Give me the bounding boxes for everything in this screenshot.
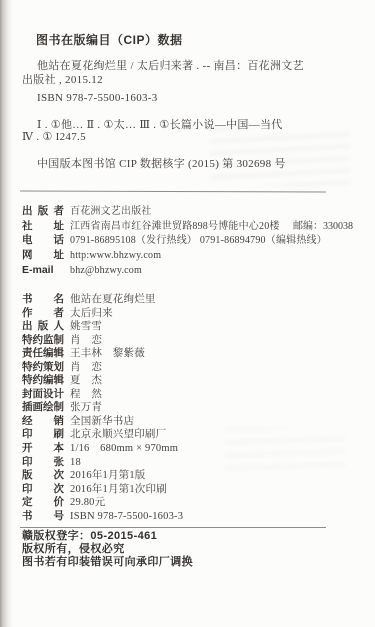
- book-info-row: 责任编辑 王丰林 黎紫薇: [22, 347, 367, 361]
- row-value: 姚雪雪: [70, 320, 102, 334]
- row-label: 特约监制: [22, 334, 64, 348]
- copyright-footer: 赣版权登字：05-2015-461 版权所有，侵权必究 图书若有印装错误可向承印…: [22, 530, 193, 568]
- row-label: 特约编辑: [22, 374, 64, 388]
- row-value: 1/16 680mm × 970mm: [70, 442, 178, 456]
- misprint-exchange-line: 图书若有印装错误可向承印厂调换: [22, 556, 193, 569]
- book-info-block: 书名 他站在夏花绚烂里 作者 太后归来 出版人 姚雪雪 特约监制 肖 恋 责任编…: [22, 293, 367, 523]
- divider: [20, 190, 326, 192]
- publisher-row: 网址 http:www.bhzwy.com: [22, 248, 367, 263]
- row-value: 肖 恋: [70, 334, 102, 348]
- publisher-row: 出版者 百花洲文艺出版社: [22, 204, 367, 219]
- book-info-row: 作者 太后归来: [22, 307, 367, 321]
- book-info-row: 书号 ISBN 978-7-5500-1603-3: [22, 510, 367, 524]
- row-value: 18: [70, 456, 81, 470]
- book-info-row: 印刷 北京永顺兴望印刷厂: [22, 428, 367, 442]
- book-info-row: 特约策划 肖 恋: [22, 361, 367, 375]
- publisher-row: E-mail bhz@bhzwy.com: [22, 263, 367, 278]
- row-value: 江西省南昌市红谷滩世贸路898号博能中心20楼: [70, 220, 280, 235]
- publisher-row: 电话 0791-86895108（发行热线） 0791-86894790（编辑热…: [22, 233, 367, 248]
- book-info-row: 开本 1/16 680mm × 970mm: [22, 442, 367, 456]
- book-info-row: 出版人 姚雪雪: [22, 320, 367, 334]
- book-info-row: 定价 29.80元: [22, 496, 367, 510]
- book-info-row: 特约编辑 夏 杰: [22, 374, 367, 388]
- row-value: 北京永顺兴望印刷厂: [70, 428, 166, 442]
- row-label: 作者: [22, 307, 64, 321]
- row-value: 太后归来: [70, 307, 113, 321]
- row-value: ISBN 978-7-5500-1603-3: [70, 510, 183, 524]
- book-info-row: 印次 2016年1月第1次印刷: [22, 483, 367, 497]
- rights-reserved-line: 版权所有，侵权必究: [22, 543, 193, 556]
- row-label: 网址: [22, 248, 64, 263]
- row-label: E-mail: [22, 263, 64, 278]
- row-value: 2016年1月第1次印刷: [70, 483, 167, 497]
- row-label: 印次: [22, 483, 64, 497]
- book-info-row: 特约监制 肖 恋: [22, 334, 367, 348]
- row-label: 出版者: [22, 204, 64, 219]
- scan-edge-shadow: [0, 0, 13, 627]
- row-value: 夏 杰: [70, 374, 102, 388]
- book-info-row: 印张 18: [22, 456, 367, 470]
- row-value: 王丰林 黎紫薇: [70, 347, 145, 361]
- row-value: bhz@bhzwy.com: [70, 264, 142, 279]
- row-value: 张万青: [70, 401, 102, 415]
- row-label: 开本: [22, 442, 64, 456]
- row-label: 经销: [22, 415, 64, 429]
- row-label: 印张: [22, 456, 64, 470]
- cip-registry-number: 中国版本图书馆 CIP 数据核字 (2015) 第 302698 号: [37, 155, 286, 171]
- row-value: 百花洲文艺出版社: [70, 205, 152, 220]
- row-label: 封面设计: [22, 388, 64, 402]
- book-info-row: 封面设计 程 然: [22, 388, 367, 402]
- row-value: 全国新华书店: [70, 415, 134, 429]
- book-info-row: 书名 他站在夏花绚烂里: [22, 293, 367, 307]
- row-label: 特约策划: [22, 361, 64, 375]
- row-value: 程 然: [70, 388, 102, 402]
- row-value: 29.80元: [70, 496, 105, 510]
- book-info-row: 插画绘制 张万青: [22, 401, 367, 415]
- row-label: 定价: [22, 496, 64, 510]
- row-label: 书号: [22, 510, 64, 524]
- row-label: 插画绘制: [22, 401, 64, 415]
- copyright-page: 图书在版编目（CIP）数据 他站在夏花绚烂里 / 太后归来著 . -- 南昌：百…: [0, 0, 375, 627]
- cip-heading: 图书在版编目（CIP）数据: [36, 31, 183, 48]
- row-value: 他站在夏花绚烂里: [70, 293, 156, 307]
- postcode: 邮编：330038: [293, 220, 367, 235]
- publisher-row: 社址 江西省南昌市红谷滩世贸路898号博能中心20楼 邮编：330038: [22, 219, 367, 234]
- row-value: 0791-86895108（发行热线） 0791-86894790（编辑热线）: [70, 234, 327, 249]
- book-info-row: 版次 2016年1月第1版: [22, 469, 367, 483]
- publisher-contact-block: 出版者 百花洲文艺出版社 社址 江西省南昌市红谷滩世贸路898号博能中心20楼 …: [22, 204, 367, 277]
- cip-record-line-2: 出版社 , 2015.12: [22, 71, 103, 87]
- provincial-registry-line: 赣版权登字：05-2015-461: [22, 530, 193, 543]
- row-label: 电话: [22, 233, 64, 248]
- row-label: 责任编辑: [22, 347, 64, 361]
- row-label: 社址: [22, 219, 64, 234]
- row-value: http:www.bhzwy.com: [70, 249, 161, 264]
- row-value: 肖 恋: [70, 361, 102, 375]
- book-info-row: 经销 全国新华书店: [22, 415, 367, 429]
- row-label: 出版人: [22, 320, 64, 334]
- divider: [20, 527, 326, 528]
- row-value: 2016年1月第1版: [70, 469, 146, 483]
- cip-classification-line-2: Ⅳ . ① I247.5: [22, 130, 86, 143]
- row-label: 书名: [22, 293, 64, 307]
- row-label: 印刷: [22, 428, 64, 442]
- row-label: 版次: [22, 469, 64, 483]
- cip-isbn: ISBN 978-7-5500-1603-3: [37, 92, 158, 104]
